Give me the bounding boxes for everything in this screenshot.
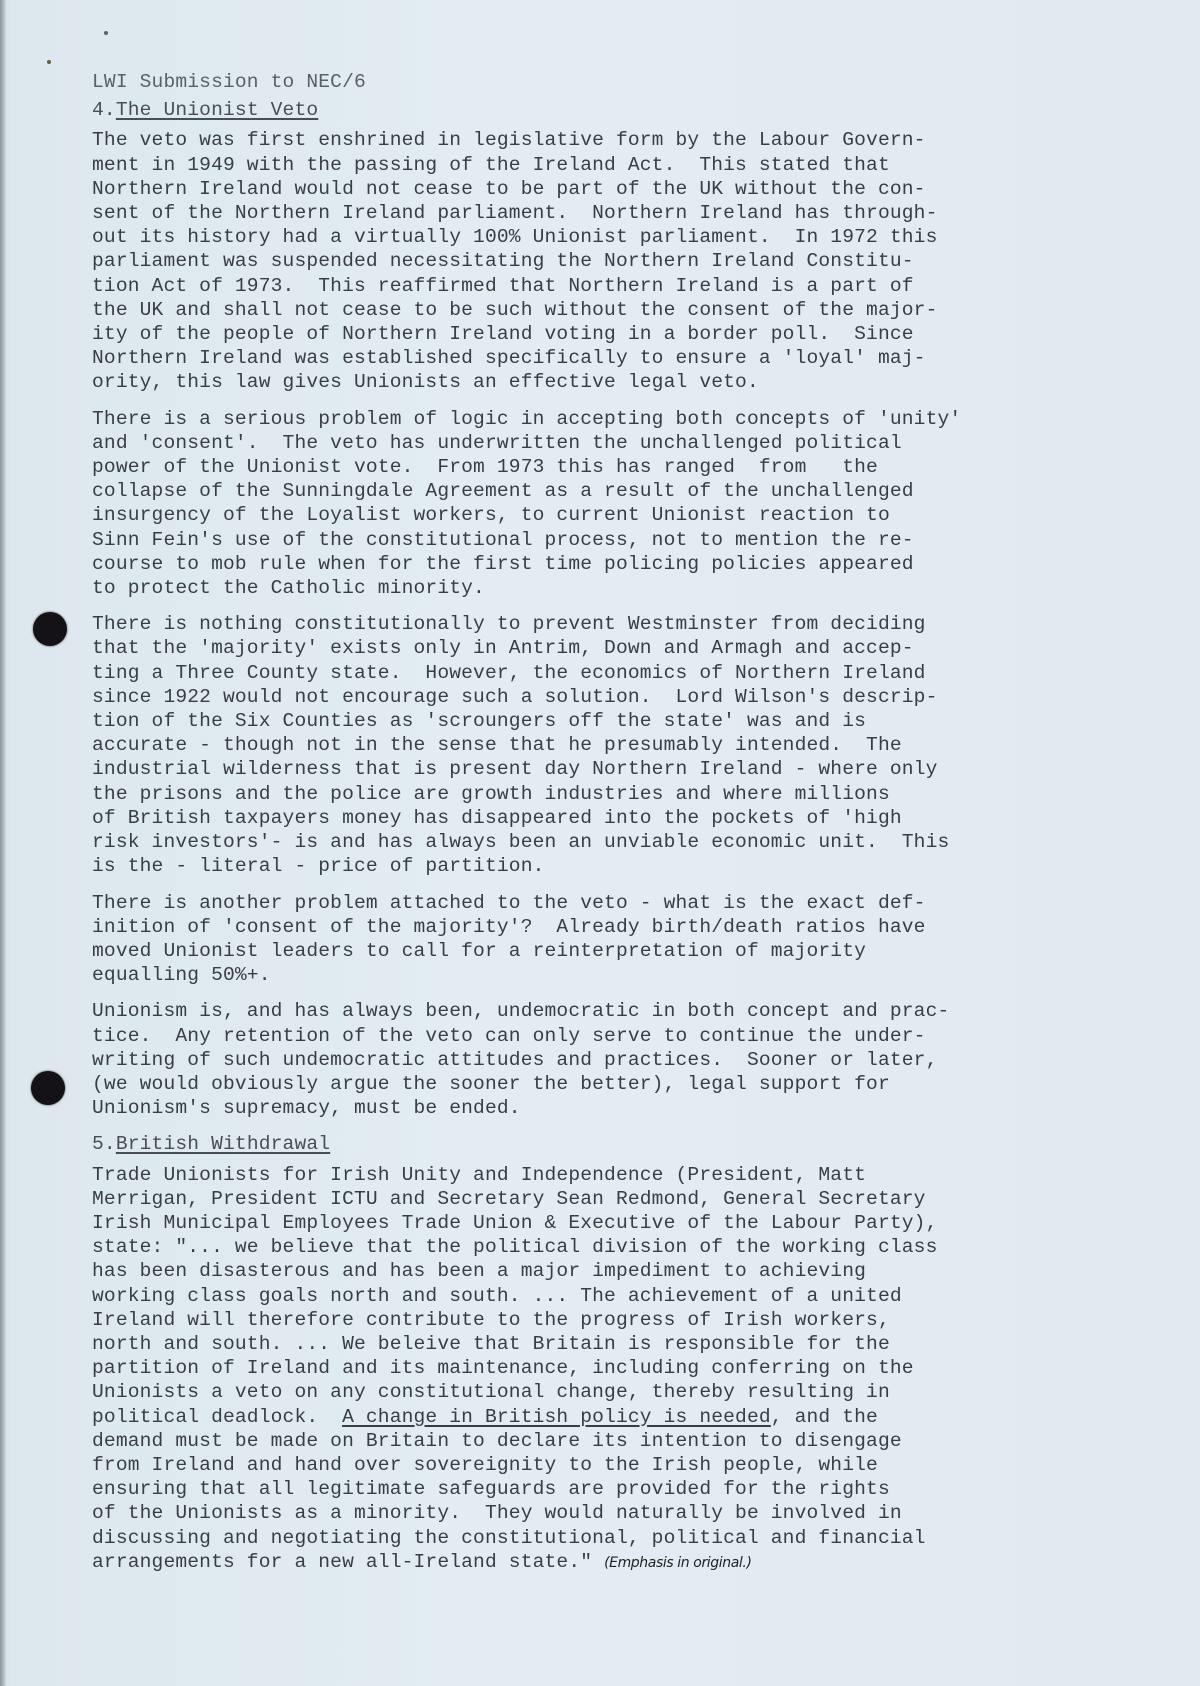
text-line: Merrigan, President ICTU and Secretary S…: [92, 1187, 1172, 1211]
text-line: power of the Unionist vote. From 1973 th…: [92, 455, 1172, 479]
text-line: Unionism's supremacy, must be ended.: [92, 1096, 1172, 1120]
text-fragment: political deadlock.: [92, 1406, 342, 1428]
text-line: working class goals north and south. ...…: [92, 1284, 1172, 1308]
text-line: the UK and shall not cease to be such wi…: [92, 298, 1172, 322]
text-line: Ireland will therefore contribute to the…: [92, 1308, 1172, 1332]
text-line: Unionists a veto on any constitutional c…: [92, 1380, 1172, 1404]
text-line: equalling 50%+.: [92, 963, 1172, 987]
text-line: There is a serious problem of logic in a…: [92, 407, 1172, 431]
text-line: ity of the people of Northern Ireland vo…: [92, 322, 1172, 346]
text-line: course to mob rule when for the first ti…: [92, 552, 1172, 576]
text-line: industrial wilderness that is present da…: [92, 757, 1172, 781]
section-title: The Unionist Veto: [116, 99, 318, 121]
text-line: tice. Any retention of the veto can only…: [92, 1024, 1172, 1048]
text-line: ority, this law gives Unionists an effec…: [92, 370, 1172, 394]
text-line: (we would obviously argue the sooner the…: [92, 1072, 1172, 1096]
punch-hole-bottom: [31, 1071, 65, 1105]
text-line: to protect the Catholic minority.: [92, 576, 1172, 600]
text-line: Unionism is, and has always been, undemo…: [92, 999, 1172, 1023]
text-line: that the 'majority' exists only in Antri…: [92, 636, 1172, 660]
paragraph: There is a serious problem of logic in a…: [92, 407, 1172, 601]
text-line: ment in 1949 with the passing of the Ire…: [92, 153, 1172, 177]
text-line: Sinn Fein's use of the constitutional pr…: [92, 528, 1172, 552]
text-line: from Ireland and hand over sovereignity …: [92, 1453, 1172, 1477]
text-line: moved Unionist leaders to call for a rei…: [92, 939, 1172, 963]
text-line: Irish Municipal Employees Trade Union & …: [92, 1211, 1172, 1235]
scan-speck: [47, 60, 51, 64]
paragraph: Unionism is, and has always been, undemo…: [92, 999, 1172, 1120]
text-fragment: arrangements for a new all-Ireland state…: [92, 1551, 604, 1573]
section-number: 5.: [92, 1133, 116, 1155]
text-line: tion Act of 1973. This reaffirmed that N…: [92, 274, 1172, 298]
text-line: tion of the Six Counties as 'scroungers …: [92, 709, 1172, 733]
text-line: insurgency of the Loyalist workers, to c…: [92, 503, 1172, 527]
paragraph: Trade Unionists for Irish Unity and Inde…: [92, 1163, 1172, 1575]
text-line: is the - literal - price of partition.: [92, 854, 1172, 878]
text-line: ensuring that all legitimate safeguards …: [92, 1477, 1172, 1501]
text-line-emphasis: political deadlock. A change in British …: [92, 1405, 1172, 1429]
paragraph: There is another problem attached to the…: [92, 891, 1172, 988]
text-line: accurate - though not in the sense that …: [92, 733, 1172, 757]
text-line: writing of such undemocratic attitudes a…: [92, 1048, 1172, 1072]
text-line: discussing and negotiating the constitut…: [92, 1526, 1172, 1550]
text-line-last: arrangements for a new all-Ireland state…: [92, 1550, 1172, 1575]
text-line: the prisons and the police are growth in…: [92, 782, 1172, 806]
scan-speck: [104, 31, 108, 35]
handwritten-annotation: (Emphasis in original.): [604, 1555, 751, 1571]
text-line: inition of 'consent of the majority'? Al…: [92, 915, 1172, 939]
text-line: Northern Ireland would not cease to be p…: [92, 177, 1172, 201]
document-header: LWI Submission to NEC/6: [92, 70, 1172, 94]
text-line: collapse of the Sunningdale Agreement as…: [92, 479, 1172, 503]
text-line: north and south. ... We beleive that Bri…: [92, 1332, 1172, 1356]
text-line: demand must be made on Britain to declar…: [92, 1429, 1172, 1453]
section-heading-british-withdrawal: 5.British Withdrawal: [92, 1132, 1172, 1156]
underlined-emphasis: A change in British policy is needed: [342, 1406, 771, 1428]
text-fragment: , and the: [771, 1406, 878, 1428]
text-line: There is another problem attached to the…: [92, 891, 1172, 915]
punch-hole-top: [33, 612, 67, 646]
text-line: and 'consent'. The veto has underwritten…: [92, 431, 1172, 455]
text-line: has been disasterous and has been a majo…: [92, 1259, 1172, 1283]
paragraph: The veto was first enshrined in legislat…: [92, 128, 1172, 394]
text-line: ting a Three County state. However, the …: [92, 661, 1172, 685]
paragraph: There is nothing constitutionally to pre…: [92, 612, 1172, 878]
text-line: parliament was suspended necessitating t…: [92, 249, 1172, 273]
text-line: sent of the Northern Ireland parliament.…: [92, 201, 1172, 225]
section-title: British Withdrawal: [116, 1133, 330, 1155]
text-line: The veto was first enshrined in legislat…: [92, 128, 1172, 152]
text-line: risk investors'- is and has always been …: [92, 830, 1172, 854]
text-line: of the Unionists as a minority. They wou…: [92, 1501, 1172, 1525]
scanned-page: LWI Submission to NEC/6 4.The Unionist V…: [0, 0, 1200, 1686]
text-line: Northern Ireland was established specifi…: [92, 346, 1172, 370]
text-line: Trade Unionists for Irish Unity and Inde…: [92, 1163, 1172, 1187]
text-line: partition of Ireland and its maintenance…: [92, 1356, 1172, 1380]
page-edge-shadow: [0, 0, 6, 1686]
text-line: out its history had a virtually 100% Uni…: [92, 225, 1172, 249]
document-body: LWI Submission to NEC/6 4.The Unionist V…: [92, 70, 1172, 1587]
text-line: since 1922 would not encourage such a so…: [92, 685, 1172, 709]
text-line: state: "... we believe that the politica…: [92, 1235, 1172, 1259]
section-number: 4.: [92, 99, 116, 121]
text-line: of British taxpayers money has disappear…: [92, 806, 1172, 830]
section-heading-unionist-veto: 4.The Unionist Veto: [92, 98, 1172, 122]
text-line: There is nothing constitutionally to pre…: [92, 612, 1172, 636]
